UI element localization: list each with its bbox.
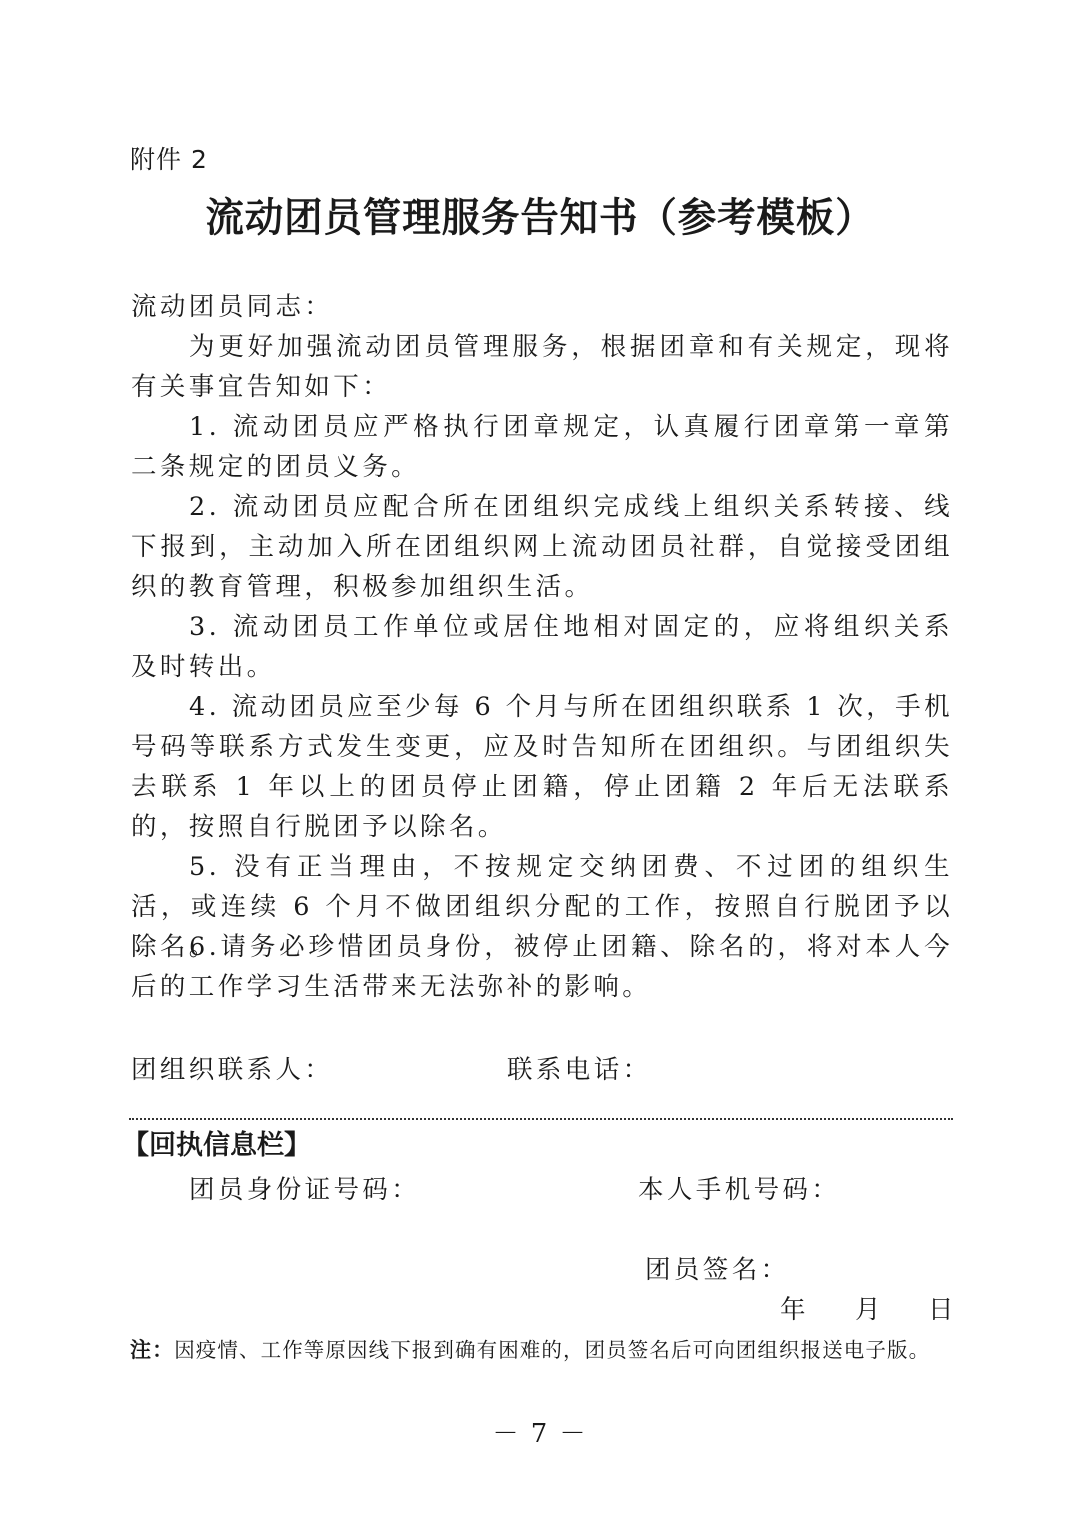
notice-item-4: 4. 流动团员应至少每 6 个月与所在团组织联系 1 次，手机号码等联系方式发生… bbox=[131, 687, 953, 847]
contact-person-label: 团组织联系人： bbox=[131, 1050, 333, 1090]
notice-item-1: 1. 流动团员应严格执行团章规定，认真履行团章第一章第二条规定的团员义务。 bbox=[131, 407, 953, 487]
footnote-label: 注： bbox=[130, 1338, 174, 1362]
id-number-label: 团员身份证号码： bbox=[189, 1170, 420, 1210]
footnote-text: 因疫情、工作等原因线下报到确有困难的，团员签名后可向团组织报送电子版。 bbox=[174, 1338, 930, 1362]
cut-line-divider bbox=[129, 1118, 953, 1120]
salutation: 流动团员同志： bbox=[131, 287, 953, 327]
signature-label: 团员签名： bbox=[645, 1250, 790, 1290]
notice-item-3: 3. 流动团员工作单位或居住地相对固定的，应将组织关系及时转出。 bbox=[131, 607, 953, 687]
page-number: － 7 － bbox=[0, 1414, 1080, 1454]
intro-paragraph: 为更好加强流动团员管理服务，根据团章和有关规定，现将有关事宜告知如下： bbox=[131, 327, 953, 407]
document-page: 附件 2 流动团员管理服务告知书（参考模板） 流动团员同志： 为更好加强流动团员… bbox=[0, 0, 1080, 1527]
date-year-label: 年 bbox=[780, 1290, 806, 1330]
notice-item-6: 6.请务必珍惜团员身份，被停止团籍、除名的，将对本人今后的工作学习生活带来无法弥… bbox=[131, 927, 953, 1007]
document-title: 流动团员管理服务告知书（参考模板） bbox=[22, 188, 1059, 248]
footnote: 注：因疫情、工作等原因线下报到确有困难的，团员签名后可向团组织报送电子版。 bbox=[130, 1333, 930, 1367]
date-day-label: 日 bbox=[928, 1290, 954, 1330]
mobile-number-label: 本人手机号码： bbox=[638, 1170, 840, 1210]
contact-phone-label: 联系电话： bbox=[507, 1050, 652, 1090]
notice-item-2: 2. 流动团员应配合所在团组织完成线上组织关系转接、线下报到，主动加入所在团组织… bbox=[131, 487, 953, 607]
date-month-label: 月 bbox=[855, 1290, 881, 1330]
receipt-section-title: 【回执信息栏】 bbox=[122, 1124, 311, 1168]
attachment-label: 附件 2 bbox=[130, 140, 208, 180]
